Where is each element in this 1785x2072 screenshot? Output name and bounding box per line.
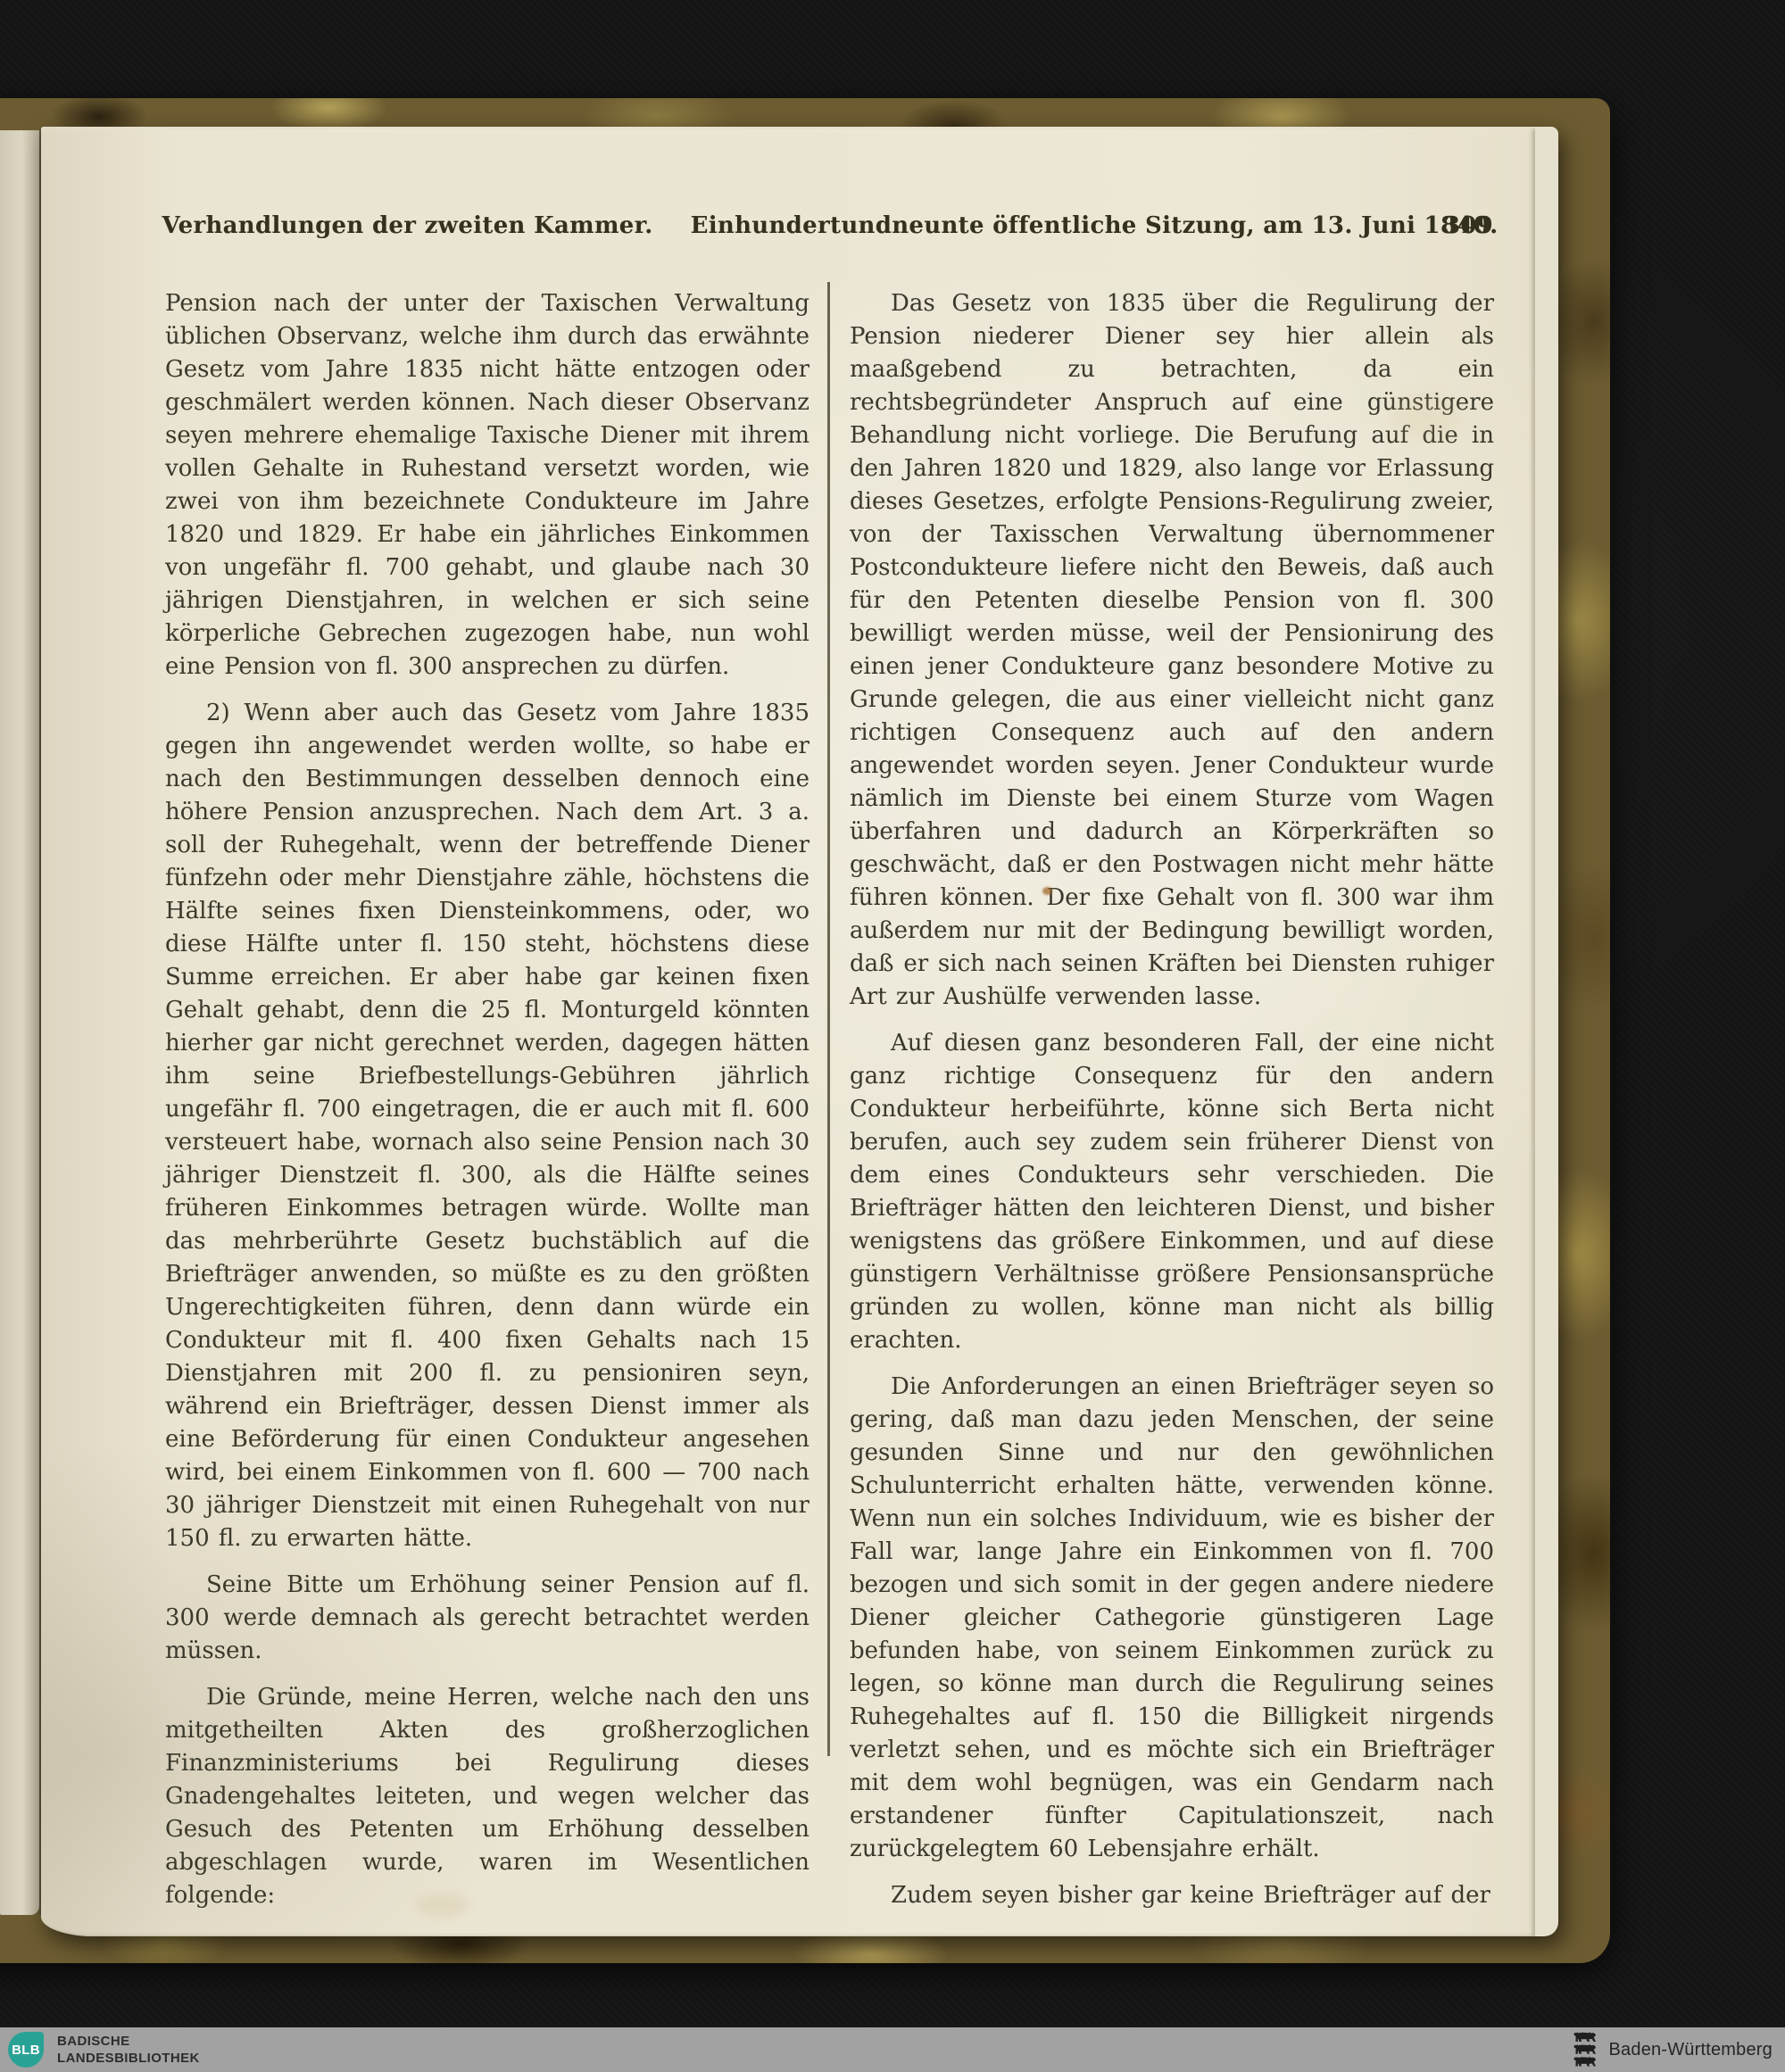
adjacent-page-edge — [0, 130, 39, 1915]
paragraph: Pension nach der unter der Taxischen Ver… — [165, 287, 809, 684]
text-column-left: Pension nach der unter der Taxischen Ver… — [165, 287, 809, 1926]
blb-logo-abbr: BLB — [12, 2043, 40, 2058]
blb-name-line2: LANDESBIBLIOTHEK — [57, 2050, 200, 2067]
blb-library-logo[interactable]: BLB BADISCHE LANDESBIBLIOTHEK — [8, 2032, 200, 2068]
paragraph: Die Gründe, meine Herren, welche nach de… — [165, 1681, 809, 1912]
text-column-right: Das Gesetz von 1835 über die Regulirung … — [850, 287, 1494, 1926]
paragraph: Seine Bitte um Erhöhung seiner Pension a… — [165, 1569, 809, 1668]
digitized-book-viewer: Verhandlungen der zweiten Kammer. Einhun… — [0, 0, 1785, 2072]
page-number: 309 — [1444, 212, 1493, 239]
paragraph: Auf diesen ganz besonderen Fall, der ein… — [850, 1027, 1494, 1357]
paragraph: Das Gesetz von 1835 über die Regulirung … — [850, 287, 1494, 1014]
viewer-footer-bar: BLB BADISCHE LANDESBIBLIOTHEK Baden-Würt… — [0, 2027, 1785, 2072]
scanned-book-page: Verhandlungen der zweiten Kammer. Einhun… — [41, 127, 1558, 1936]
running-head: Verhandlungen der zweiten Kammer. Einhun… — [165, 212, 1495, 248]
paragraph: Zudem seyen bisher gar keine Briefträger… — [850, 1879, 1494, 1912]
running-head-series: Verhandlungen der zweiten Kammer. — [162, 212, 653, 239]
blb-logo-icon: BLB — [8, 2032, 44, 2068]
three-lions-coat-of-arms-icon — [1572, 2032, 1598, 2068]
baden-wuerttemberg-label: Baden-Württemberg — [1609, 2040, 1773, 2060]
column-divider-rule — [827, 282, 830, 1756]
paragraph: 2) Wenn aber auch das Gesetz vom Jahre 1… — [165, 697, 809, 1555]
baden-wuerttemberg-logo[interactable]: Baden-Württemberg — [1572, 2032, 1773, 2068]
running-head-session: Einhundertundneunte öffentliche Sitzung,… — [691, 212, 1499, 239]
blb-library-name: BADISCHE LANDESBIBLIOTHEK — [57, 2033, 200, 2067]
blb-name-line1: BADISCHE — [57, 2033, 200, 2050]
paragraph: Die Anforderungen an einen Briefträger s… — [850, 1371, 1494, 1866]
